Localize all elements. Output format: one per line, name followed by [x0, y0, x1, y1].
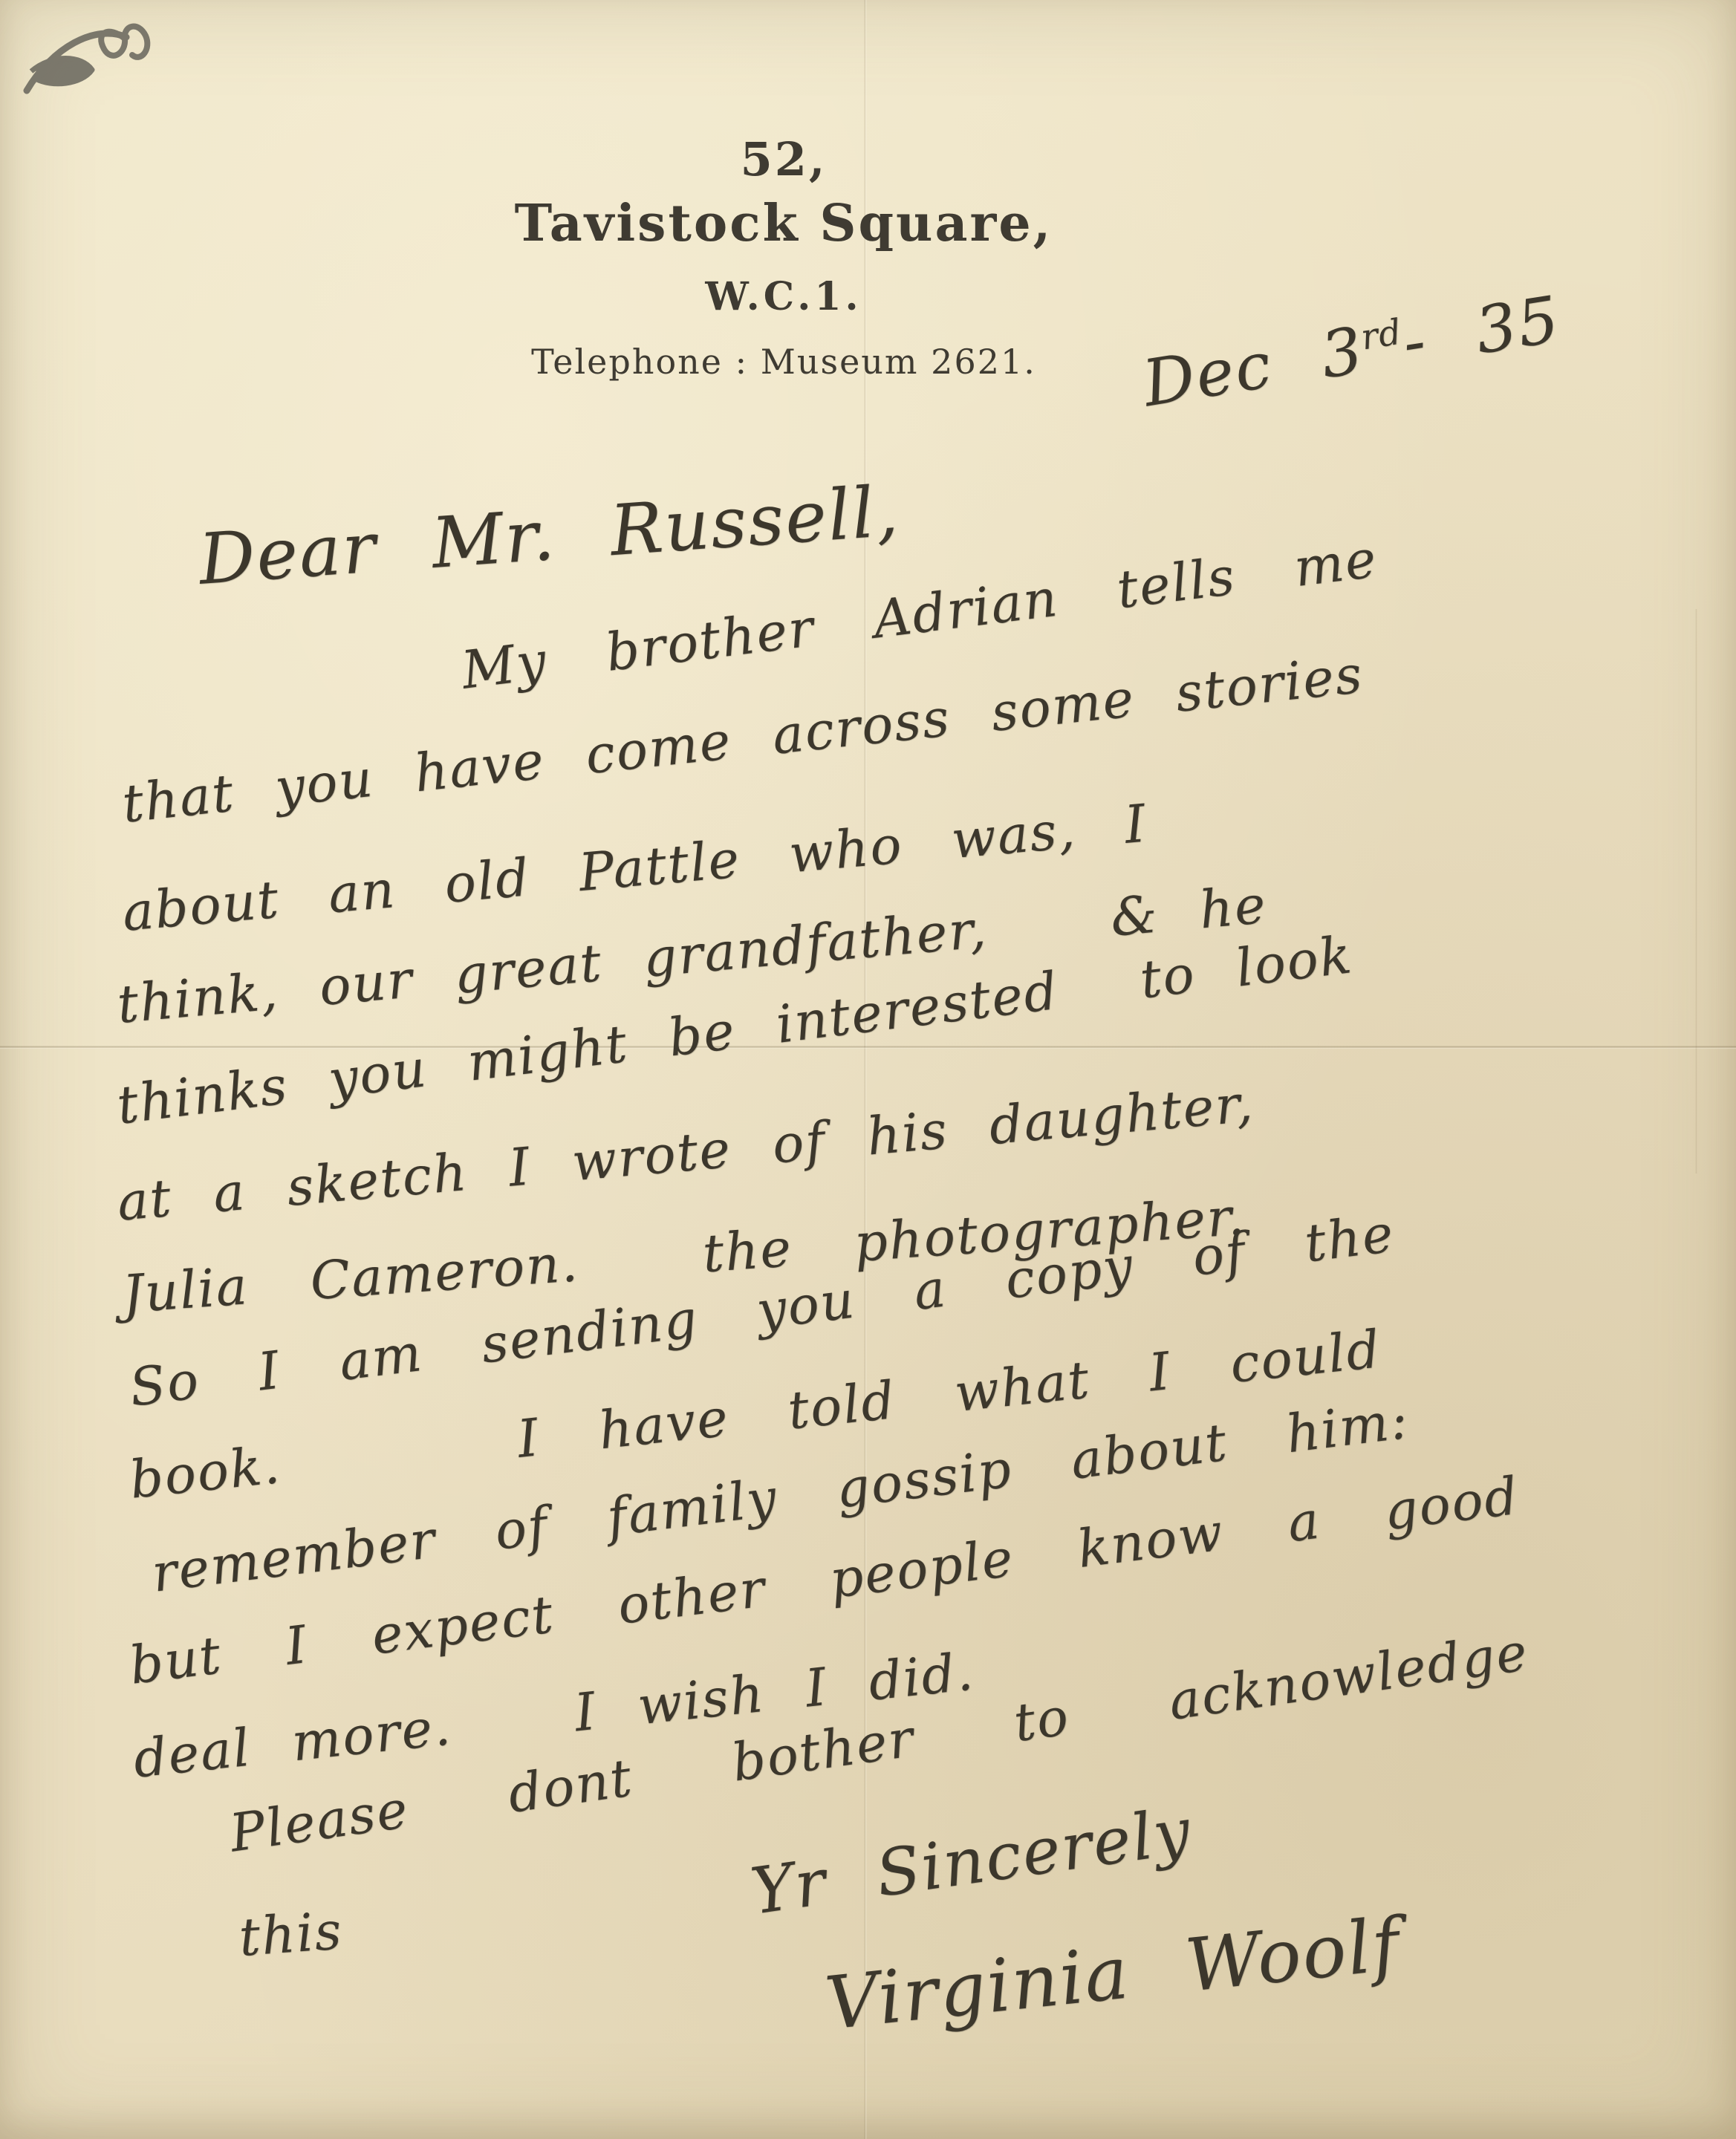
date-ordinal: rd: [1358, 312, 1405, 359]
letterhead-district: W.C.1.: [0, 274, 1567, 319]
letter-page: 52, Tavistock Square, W.C.1. Telephone :…: [0, 0, 1736, 2139]
body-line: this: [237, 1900, 345, 1968]
horizontal-fold-crease: [0, 1046, 1736, 1049]
salutation: Dear Mr. Russell,: [196, 471, 902, 601]
edge-crease: [1695, 609, 1697, 1173]
letterhead-address-number: 52,: [0, 132, 1567, 186]
signature: Virginia Woolf: [822, 1902, 1405, 2047]
letterhead-street: Tavistock Square,: [0, 194, 1567, 253]
closing: Yr Sincerely: [747, 1794, 1196, 1929]
body-line: that you have come across some stories: [120, 644, 1366, 835]
pencil-mark-icon: [13, 7, 184, 111]
